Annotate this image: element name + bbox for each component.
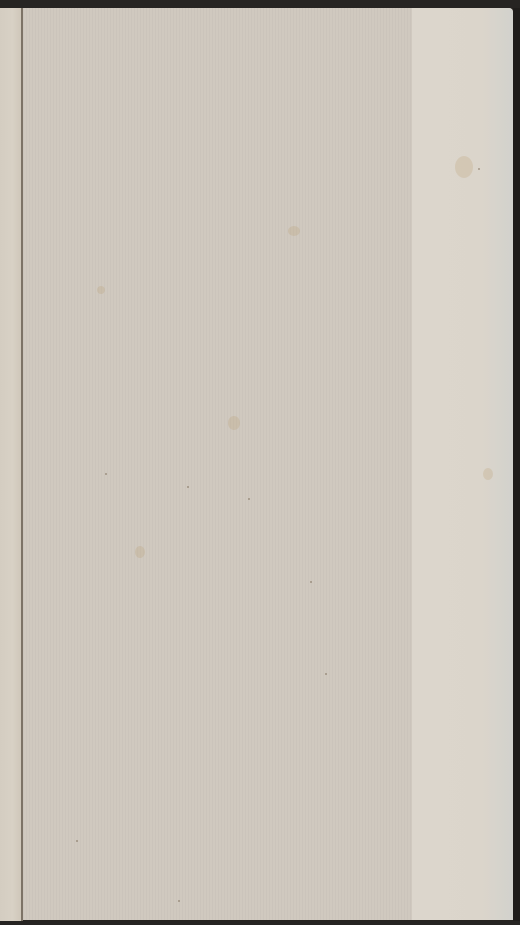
paper-speck [248, 498, 250, 500]
paper-speck [187, 486, 189, 488]
paper-speck [325, 673, 327, 675]
foxing-spot [483, 468, 493, 480]
scan-background-bottom [0, 921, 520, 925]
paper-speck [478, 168, 480, 170]
foxing-spot [455, 156, 473, 178]
previous-page-edge [0, 8, 21, 921]
page-right-edge [513, 8, 520, 921]
foxing-spot [135, 546, 145, 558]
paper-speck [105, 473, 107, 475]
foxing-spot [97, 286, 105, 294]
scan-background-top [0, 0, 520, 8]
foxing-spot [228, 416, 240, 430]
foxing-spot [288, 226, 300, 236]
blank-page [23, 8, 513, 920]
scanned-page-view [0, 0, 520, 925]
page-text-area [23, 8, 412, 920]
paper-speck [178, 900, 180, 902]
paper-speck [76, 840, 78, 842]
page-outer-margin [412, 8, 513, 920]
paper-speck [310, 581, 312, 583]
